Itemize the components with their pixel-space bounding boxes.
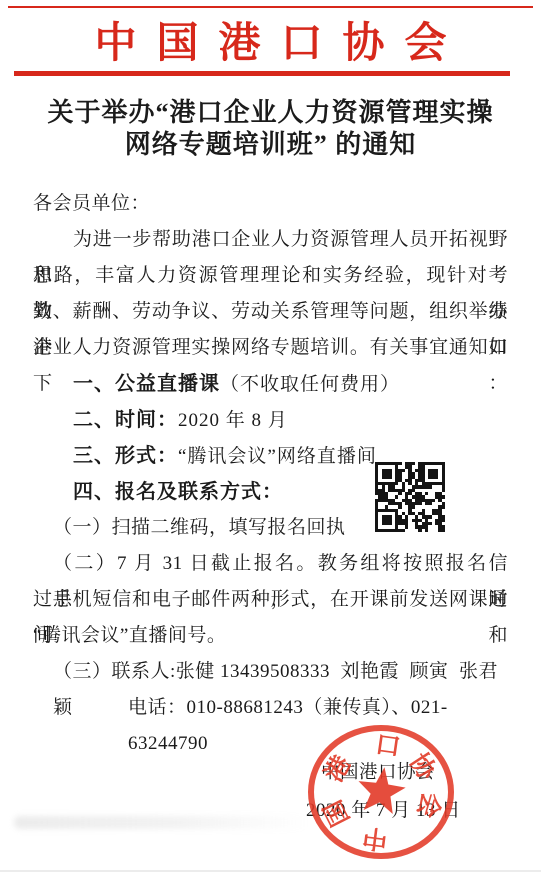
item-label: 二、时间： — [73, 409, 178, 431]
item-detail: 2020 年 8 月 — [178, 410, 288, 431]
official-seal: 中国港口协会 — [305, 723, 457, 865]
seal-ring — [311, 728, 451, 856]
paragraph-line: 效、薪酬、劳动争议、劳动关系管理等问题，组织举办港口 — [33, 294, 508, 330]
paragraph-line: 过手机短信和电子邮件两种形式，在开课前发送网课时间和 — [33, 582, 508, 618]
qr-module — [442, 529, 445, 532]
sub-item-3-contacts: （三）联系人:张健 13439508333 刘艳霞 顾寅 张君颖 — [33, 654, 508, 690]
scan-smudge-artifact — [14, 816, 309, 829]
item-label: 一、公益直播课 — [73, 373, 220, 395]
document-title-line1: 关于举办“港口企业人力资源管理实操 — [0, 97, 541, 129]
document-date: 2020 年 7 月 13 日 — [306, 795, 461, 822]
sub-item-2-paragraph: （二）7 月 31 日截止报名。教务组将按照报名信息，通过手机短信和电子邮件两种… — [33, 546, 508, 654]
seal-character: 中 — [361, 823, 389, 854]
paragraph-line: 企业人力资源管理实操网络专题培训。有关事宜通知如下： — [33, 330, 508, 366]
official-seal-graphic: 中国港口协会 — [305, 723, 457, 865]
notice-document-page: 中国港口协会 关于举办“港口企业人力资源管理实操 网络专题培训班” 的通知 各会… — [0, 0, 541, 875]
intro-paragraph: 为进一步帮助港口企业人力资源管理人员开拓视野和思路，丰富人力资源管理理论和实务经… — [33, 222, 508, 366]
letterhead-divider-rule — [14, 71, 510, 76]
item-detail: （不收取任何费用） — [220, 374, 400, 395]
item-label: 四、报名及联系方式： — [73, 481, 283, 503]
qr-code — [375, 462, 445, 532]
phone-numbers: 电话：010-88681243（兼传真）、021-63244790 — [33, 690, 508, 726]
scan-edge-artifact — [0, 870, 541, 872]
document-title-line2: 网络专题培训班” 的通知 — [0, 129, 541, 161]
letterhead-top-rule — [8, 6, 533, 8]
item-detail: “腾讯会议”网络直播间 — [178, 446, 377, 467]
item-label: 三、形式： — [73, 445, 178, 467]
paragraph-line: （二）7 月 31 日截止报名。教务组将按照报名信息，通 — [33, 546, 508, 582]
document-title: 关于举办“港口企业人力资源管理实操 网络专题培训班” 的通知 — [0, 97, 541, 161]
organization-name: 中国港口协会 — [0, 10, 541, 70]
numbered-item: 二、时间：2020 年 8 月 — [33, 402, 508, 438]
signature-org: 中国港口协会 — [321, 758, 435, 784]
document-body: 各会员单位： 为进一步帮助港口企业人力资源管理人员开拓视野和思路，丰富人力资源管… — [33, 186, 508, 726]
paragraph-line: 思路，丰富人力资源管理理论和实务经验，现针对考勤、绩 — [33, 258, 508, 294]
salutation: 各会员单位： — [33, 186, 508, 222]
paragraph-line: 为进一步帮助港口企业人力资源管理人员开拓视野和 — [33, 222, 508, 258]
